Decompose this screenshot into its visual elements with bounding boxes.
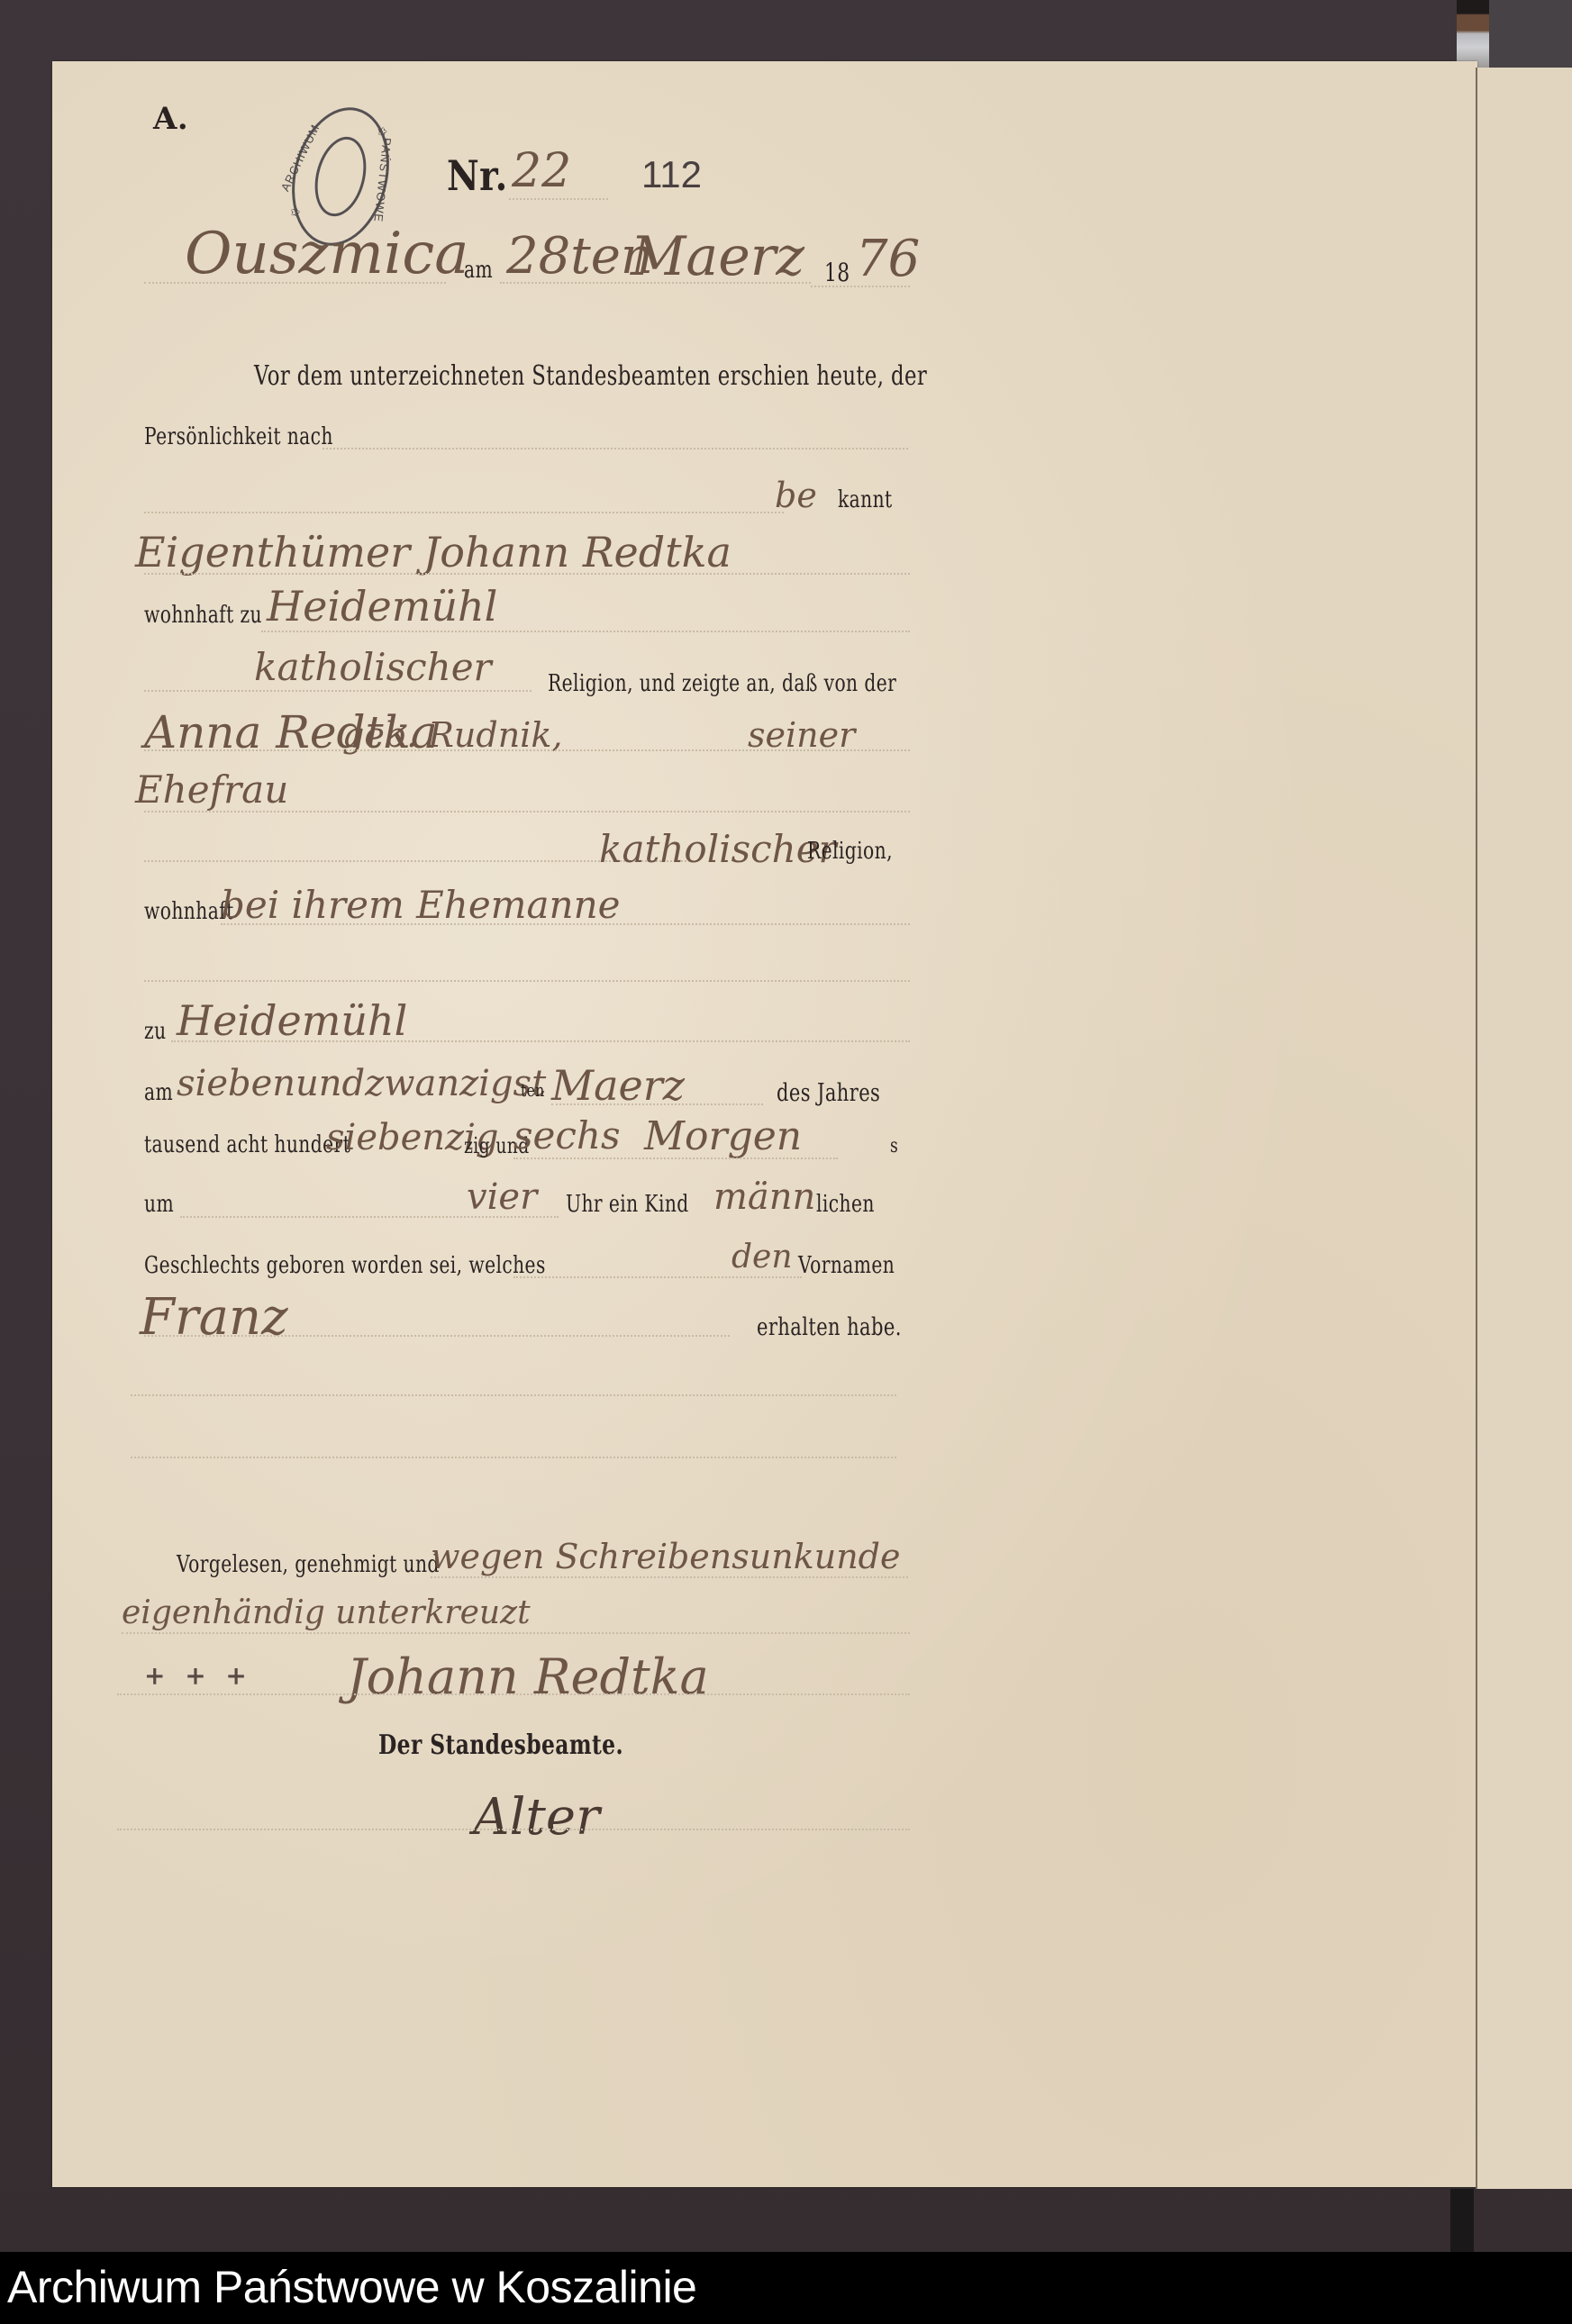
field-line [117,1829,910,1830]
father-residence: Heidemühl [267,582,497,631]
child-sex: männ [713,1176,815,1218]
print-s: s [890,1135,898,1157]
print-kannt: kannt [838,486,893,513]
field-line [144,811,910,812]
field-line [144,690,532,692]
official-label: Der Standesbeamte. [378,1729,623,1761]
print-vorgelesen: Vorgelesen, genehmigt und [177,1551,440,1578]
field-line [261,631,910,632]
field-line [131,1457,896,1458]
date-month: Maerz [631,225,804,288]
print-lichen: lichen [816,1191,875,1218]
year-line [811,286,910,287]
field-line [513,1276,802,1278]
number-line [509,198,608,200]
archive-name: Archiwum Państwowe w Koszalinie [7,2261,696,2313]
label-um: um [144,1191,174,1218]
birth-month: Maerz [551,1061,685,1110]
field-line [323,448,908,449]
field-line [144,573,910,575]
birth-time-of-day: Morgen [644,1113,802,1159]
field-line [144,980,910,982]
field-line [171,1040,910,1042]
print-vornamen: Vornamen [798,1252,895,1279]
field-line [117,1693,910,1695]
hand-ehefrau: Ehefrau [135,767,288,812]
scanner-backdrop-right [1489,0,1572,68]
print-ten: ten [521,1079,545,1101]
archive-number: 112 [641,153,702,196]
print-erhalten-habe: erhalten habe. [757,1313,902,1341]
place-line [144,282,446,284]
hand-be: be [775,476,817,515]
mother-religion: katholischer [599,827,837,871]
print-tausend: tausend acht hundert [144,1131,350,1158]
hand-den: den [731,1239,793,1275]
field-line [431,1576,908,1578]
birth-day-words: siebenundzwanzigst [177,1063,546,1104]
print-des-jahres: des Jahres [777,1079,880,1107]
mother-residence: bei ihrem Ehemanne [221,883,621,927]
field-line [221,923,910,925]
number-value: 22 [512,144,571,198]
field-line [144,1335,730,1337]
child-first-name: Franz [140,1288,288,1347]
facing-page-edge [1477,68,1572,2189]
print-religion: Religion, [807,838,893,865]
label-am: am [144,1079,173,1106]
page-fold [1476,68,1477,2189]
signing-remark: wegen Schreibensunkunde [431,1537,901,1576]
field-line [551,1103,763,1105]
date-line [500,282,811,284]
section-letter: A. [153,101,188,137]
print-uhr-ein-kind: Uhr ein Kind [566,1191,689,1218]
number-label: Nr. [447,151,508,200]
label-zu: zu [144,1018,167,1045]
date-prefix: am [464,257,493,284]
year-suffix: 76 [856,230,920,288]
field-line [513,1157,838,1159]
birth-year-units: sechs [513,1113,621,1157]
print-geschlechts: Geschlechts geboren worden sei, welches [144,1252,546,1279]
signature-crosses: + + + [144,1661,252,1691]
field-line [144,749,910,751]
field-line [144,512,784,513]
year-prefix: 18 [824,258,850,287]
stamp-inner-ring [307,132,374,222]
binding-spine [1457,0,1489,68]
field-line [122,1632,910,1634]
father-occupation-name: Eigenthümer Johann Redtka [135,528,731,576]
father-religion: katholischer [254,645,492,689]
intro-text: Vor dem unterzeichneten Standesbeamten e… [254,360,927,392]
official-signature: Alter [473,1788,600,1847]
informant-signature: Johann Redtka [347,1648,709,1705]
place-name: Ouszmica [185,221,468,287]
label-persoenlichkeit: Persönlichkeit nach [144,423,333,450]
binding-spine-bottom [1450,2189,1474,2252]
star-icon: ✩ [288,204,302,221]
birth-place: Heidemühl [177,996,407,1045]
signing-remark-cont: eigenhändig unterkreuzt [122,1594,531,1631]
label-wohnhaft-zu: wohnhaft zu [144,602,262,629]
birth-hour: vier [467,1176,537,1218]
religion-statement: Religion, und zeigte an, daß von der [548,670,896,697]
field-line [131,1394,896,1396]
